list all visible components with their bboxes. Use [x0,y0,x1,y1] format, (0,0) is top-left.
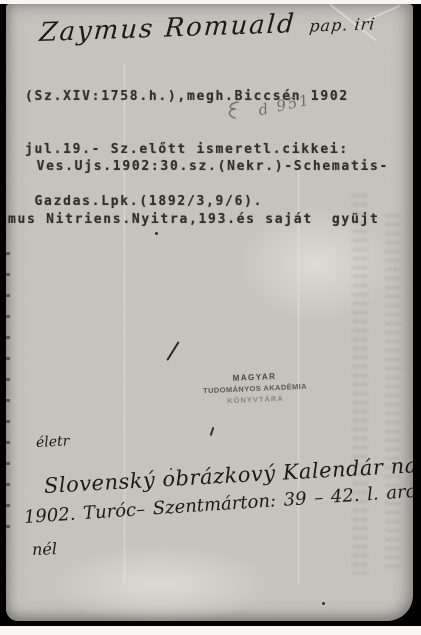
typed-line: Ves.Ujs.1902:30.sz.(Nekr.)-Schematis- [8,158,389,176]
typed-sources-block: Ves.Ujs.1902:30.sz.(Nekr.)-Schematis- mu… [8,123,389,263]
person-annotation: pap. iri [309,14,377,35]
person-name: Zaymus Romuald [38,9,296,48]
handwritten-citation-line3: nél [32,539,58,559]
handwritten-abbreviation: életr [36,433,70,451]
bleedthrough-text-ghost [385,214,401,574]
library-stamp: MAGYAR TUDOMÁNYOS AKADÉMIA KÖNYVTÁRA [198,371,311,407]
handwritten-header: Zaymus Romuald pap. iri [40,18,376,48]
archive-card: Zaymus Romuald pap. iri (Sz.XIV:1758.h.)… [6,4,413,621]
pen-slash-mark [166,341,179,361]
scanned-catalog-card-page: { "card": { "title_name": "Zaymus Romual… [0,0,421,635]
pen-tick-mark [210,427,215,436]
scan-border-bottom [0,626,421,635]
typed-line: mus Nitriens.Nyitra,193.és saját gyüjt [8,211,389,229]
paper-smudge [46,544,276,621]
left-edge-marks [6,234,10,544]
ink-speck [322,602,325,605]
